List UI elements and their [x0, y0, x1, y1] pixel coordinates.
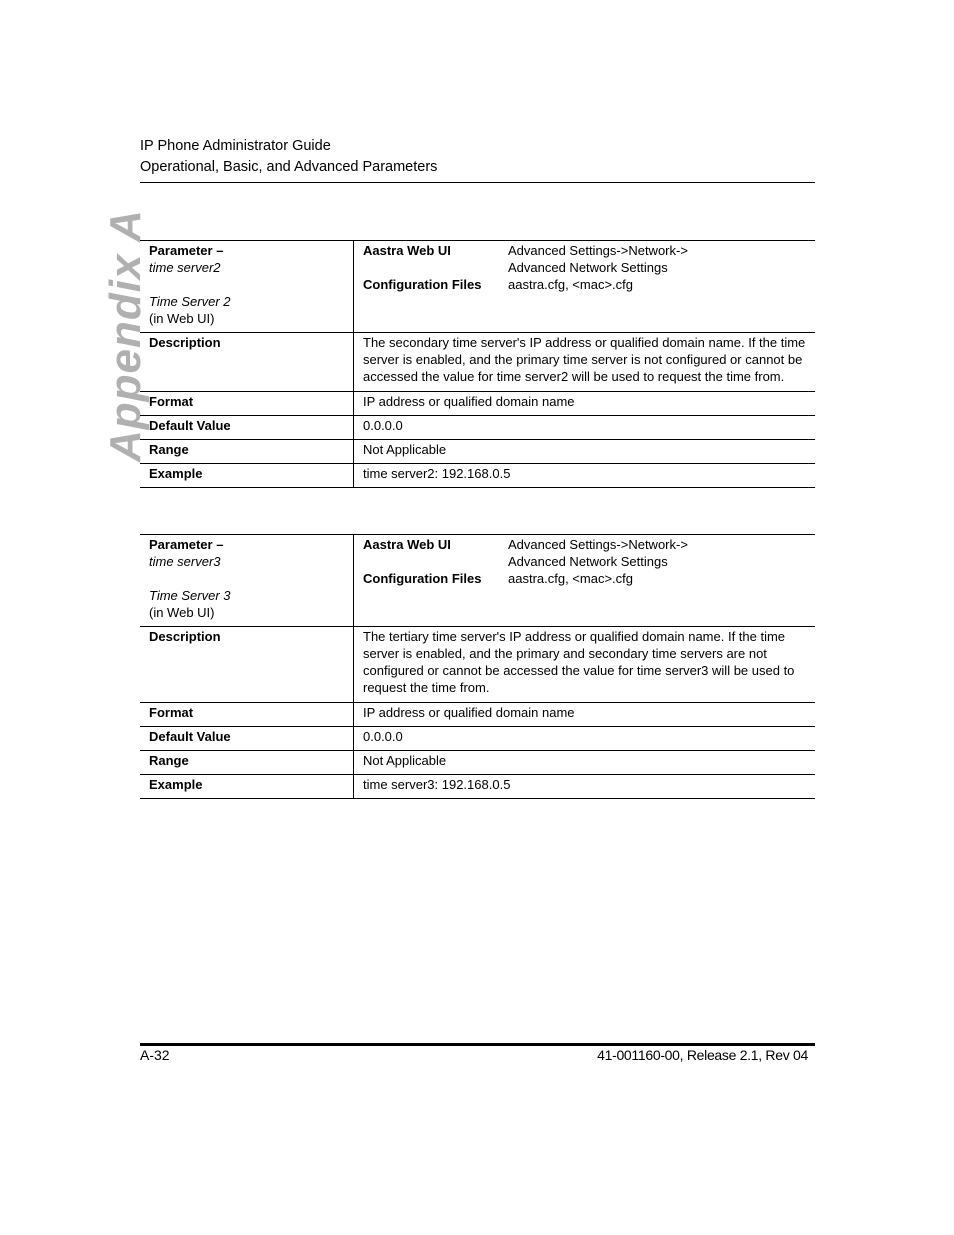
row-value: 0.0.0.0: [354, 727, 816, 751]
table-row: Format IP address or qualified domain na…: [140, 392, 815, 416]
row-label: Description: [140, 627, 354, 703]
page-number: A-32: [140, 1047, 170, 1063]
table-row: Format IP address or qualified domain na…: [140, 703, 815, 727]
config-files-value: aastra.cfg, <mac>.cfg: [508, 276, 807, 293]
header-title: IP Phone Administrator Guide: [140, 136, 815, 157]
header-divider: [140, 182, 815, 183]
row-label: Format: [140, 703, 354, 727]
document-id: 41-001160-00, Release 2.1, Rev 04: [597, 1047, 808, 1063]
header-subtitle: Operational, Basic, and Advanced Paramet…: [140, 157, 815, 178]
footer-divider: [140, 1043, 815, 1046]
row-value: IP address or qualified domain name: [354, 392, 816, 416]
web-ui-path-line2: Advanced Network Settings: [508, 259, 807, 276]
parameter-name: time server3: [149, 553, 349, 570]
table-row: Default Value 0.0.0.0: [140, 727, 815, 751]
row-value: 0.0.0.0: [354, 416, 816, 440]
table-row: Description The secondary time server's …: [140, 333, 815, 392]
table-row: Example time server3: 192.168.0.5: [140, 775, 815, 799]
row-label: Default Value: [140, 416, 354, 440]
web-ui-path-line1: Advanced Settings->Network->: [508, 536, 807, 553]
webui-parameter-name: Time Server 3: [149, 587, 349, 604]
table-row: Description The tertiary time server's I…: [140, 627, 815, 703]
web-ui-label: Aastra Web UI: [363, 536, 508, 553]
config-files-label: Configuration Files: [363, 570, 508, 587]
table-row: Range Not Applicable: [140, 440, 815, 464]
row-label: Description: [140, 333, 354, 392]
web-ui-path-line1: Advanced Settings->Network->: [508, 242, 807, 259]
row-label: Range: [140, 751, 354, 775]
config-files-label: Configuration Files: [363, 276, 508, 293]
row-value: IP address or qualified domain name: [354, 703, 816, 727]
web-ui-label: Aastra Web UI: [363, 242, 508, 259]
page-header: IP Phone Administrator Guide Operational…: [140, 136, 815, 178]
table-header-row: Parameter – time server2 Time Server 2 (…: [140, 241, 815, 333]
row-value: The secondary time server's IP address o…: [354, 333, 816, 392]
row-label: Range: [140, 440, 354, 464]
row-label: Default Value: [140, 727, 354, 751]
row-label: Example: [140, 775, 354, 799]
parameter-name: time server2: [149, 259, 349, 276]
parameter-label: Parameter –: [149, 537, 223, 552]
parameter-label: Parameter –: [149, 243, 223, 258]
webui-note: (in Web UI): [149, 310, 349, 327]
webui-parameter-name: Time Server 2: [149, 293, 349, 310]
row-value: time server3: 192.168.0.5: [354, 775, 816, 799]
parameter-table-time-server3: Parameter – time server3 Time Server 3 (…: [140, 534, 815, 799]
table-header-row: Parameter – time server3 Time Server 3 (…: [140, 535, 815, 627]
row-value: The tertiary time server's IP address or…: [354, 627, 816, 703]
config-files-value: aastra.cfg, <mac>.cfg: [508, 570, 807, 587]
row-value: Not Applicable: [354, 751, 816, 775]
web-ui-path-line2: Advanced Network Settings: [508, 553, 807, 570]
table-row: Default Value 0.0.0.0: [140, 416, 815, 440]
row-label: Format: [140, 392, 354, 416]
parameter-table-time-server2: Parameter – time server2 Time Server 2 (…: [140, 240, 815, 488]
row-value: time server2: 192.168.0.5: [354, 464, 816, 488]
table-row: Example time server2: 192.168.0.5: [140, 464, 815, 488]
webui-note: (in Web UI): [149, 604, 349, 621]
row-label: Example: [140, 464, 354, 488]
table-row: Range Not Applicable: [140, 751, 815, 775]
row-value: Not Applicable: [354, 440, 816, 464]
